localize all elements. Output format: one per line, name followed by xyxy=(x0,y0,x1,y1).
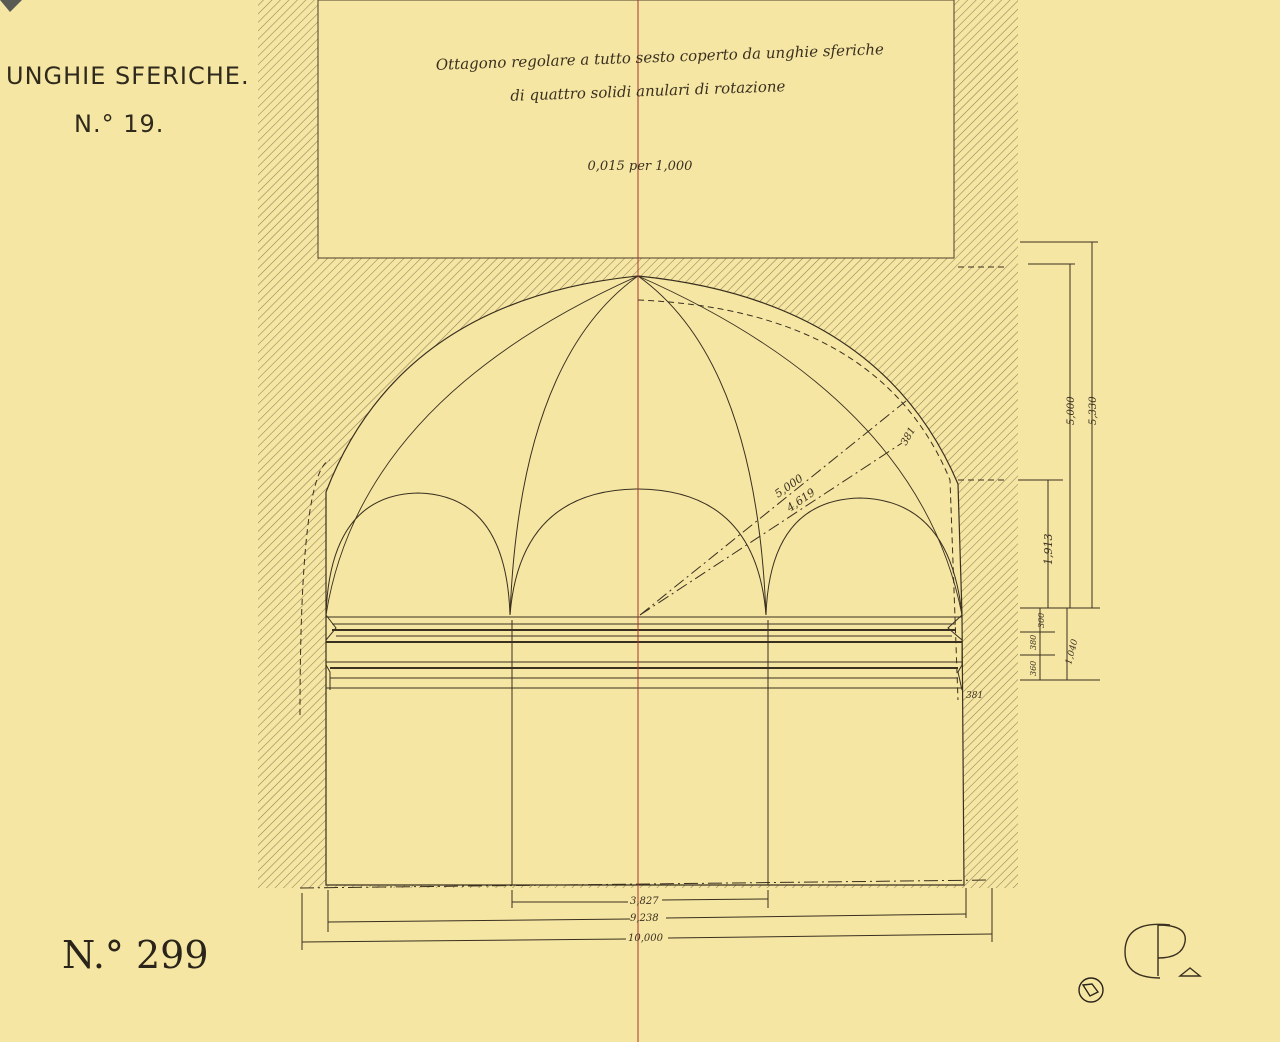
label-height-5000: 5,000 xyxy=(1066,396,1077,425)
label-height-5330: 5,330 xyxy=(1088,396,1099,425)
label-width-9238: 9,238 xyxy=(630,913,659,924)
scale-text: 0,015 per 1,000 xyxy=(588,159,693,174)
plate-number: N.° 299 xyxy=(62,933,209,977)
monogram-cp xyxy=(1125,924,1200,978)
label-380: 380 xyxy=(1029,635,1038,650)
drawing-sheet: 5,000 4,619 381 5,000 5,330 1,913 300 38… xyxy=(0,0,1280,1042)
label-width-3827: 3,827 xyxy=(630,896,659,907)
sheet-subtitle: N.° 19. xyxy=(74,110,164,138)
title-panel xyxy=(318,0,954,258)
label-381-side: 381 xyxy=(966,691,983,701)
label-300: 300 xyxy=(1037,613,1046,628)
label-360: 360 xyxy=(1029,661,1038,676)
collection-stamp xyxy=(1079,978,1103,1002)
label-height-1913: 1,913 xyxy=(1042,534,1055,566)
photo-corner xyxy=(0,0,22,12)
architectural-drawing: 5,000 4,619 381 5,000 5,330 1,913 300 38… xyxy=(0,0,1280,1042)
sheet-title: UNGHIE SFERICHE. xyxy=(6,62,250,90)
label-width-10000: 10,000 xyxy=(628,933,664,944)
dome-section xyxy=(326,276,964,885)
